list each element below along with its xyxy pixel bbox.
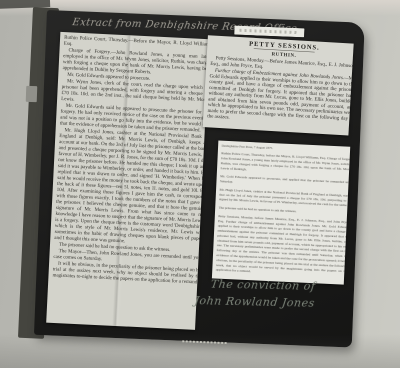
transcript-paragraph: Ruthin Police Court, Thursday, before th… <box>220 151 350 177</box>
newspaper-clipping-left: Ruthin Police Court, Thursday.—Before th… <box>46 32 209 330</box>
handwritten-note-line2: John Rowland Jones <box>194 292 316 312</box>
transcript-text: Denbighshire Free Press, 7 August 1875. … <box>212 141 350 285</box>
transcript-paragraph: Petty Sessions, Monday, before James Mau… <box>216 214 351 279</box>
clipping-body-rest: Mr. Gold Edwards applied to their worshi… <box>207 73 354 121</box>
album-page: Extract from Denbighshire Record Office … <box>34 10 365 348</box>
clipping-paragraph: Mr. Hugh Lloyd Jones, cashier at the Nat… <box>54 127 208 248</box>
transcript-paragraph: Mr. Hugh Lloyd Jones, cashier at the Nat… <box>219 187 350 208</box>
archive-photo: Extract from Denbighshire Record Office … <box>0 0 400 368</box>
clipping-body: Further charge of Embezzlement against J… <box>207 67 354 127</box>
transcript-sheet: Denbighshire Free Press, 7 August 1875. … <box>212 141 350 285</box>
page-edge-tab <box>26 86 38 102</box>
newspaper-clipping-right: PETTY SESSIONS. RUTHIN. Petty Sessions, … <box>203 35 354 135</box>
background-bottom-shade <box>0 334 400 368</box>
handwritten-note: The conviction of John Rowland Jones <box>194 275 319 312</box>
clipping-right-text: PETTY SESSIONS. RUTHIN. Petty Sessions, … <box>203 35 354 130</box>
catalogue-label <box>234 26 304 38</box>
